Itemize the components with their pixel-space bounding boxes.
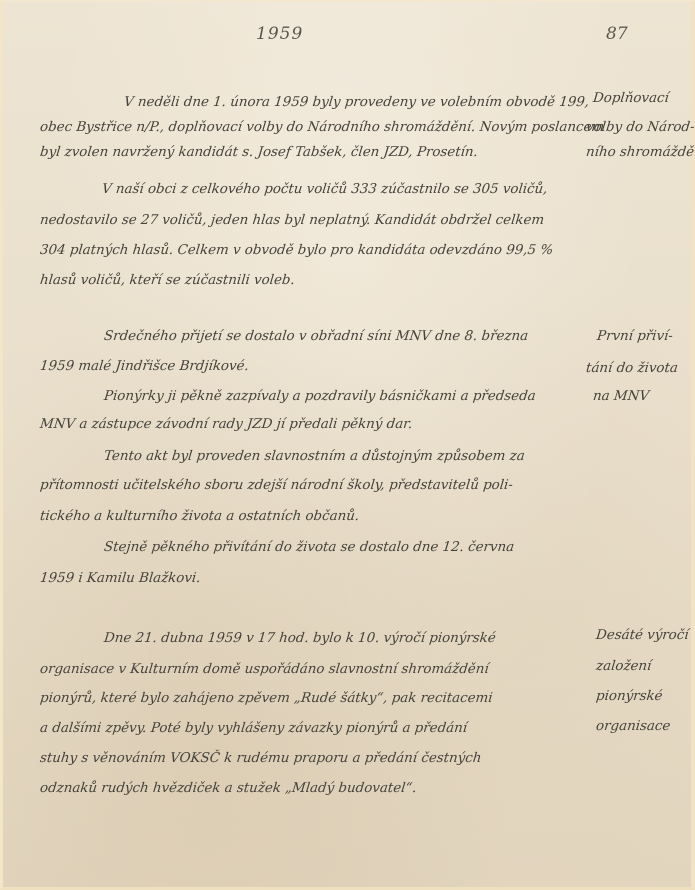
margin-note-line: na MNV (592, 388, 650, 406)
entry-line: 1959 i Kamilu Blažkovi. (39, 570, 201, 588)
entry-line: Dne 21. dubna 1959 v 17 hod. bylo k 10. … (103, 630, 497, 648)
entry-line: 304 platných hlasů. Celkem v obvodě bylo… (39, 242, 554, 260)
entry-line: tického a kulturního života a ostatních … (39, 508, 360, 526)
entry-line: Srdečného přijetí se dostalo v obřadní s… (103, 328, 529, 346)
entry-line: V naší obci z celkového počtu voličů 333… (101, 181, 548, 199)
margin-note-line: První přiví- (596, 328, 674, 346)
entry-line: přítomnosti učitelského sboru zdejší nár… (39, 477, 514, 495)
entry-line: nedostavilo se 27 voličů, jeden hlas byl… (39, 212, 545, 230)
entry-line: MNV a zástupce závodní rady JZD jí předa… (39, 416, 413, 434)
entry-line: Stejně pěkného přivítání do života se do… (103, 539, 515, 557)
page-header-year: 1959 (256, 24, 303, 44)
chronicle-page: 1959 87 V neděli dne 1. února 1959 byly … (0, 0, 695, 890)
entry-line: V neděli dne 1. února 1959 byly proveden… (123, 94, 590, 112)
margin-note-line: pionýrské (595, 688, 663, 706)
entry-line: 1959 malé Jindřišce Brdjíkové. (39, 358, 250, 376)
entry-line: Tento akt byl proveden slavnostním a důs… (103, 448, 526, 466)
entry-line: Pionýrky ji pěkně zazpívaly a pozdravily… (103, 388, 537, 406)
entry-line: organisace v Kulturním domě uspořádáno s… (39, 661, 489, 679)
entry-line: byl zvolen navržený kandidát s. Josef Ta… (39, 144, 479, 162)
margin-note-line: organisace (595, 718, 671, 736)
entry-line: a dalšími zpěvy. Poté byly vyhlášeny záv… (39, 720, 468, 738)
entry-line: pionýrů, které bylo zahájeno zpěvem „Rud… (39, 690, 493, 708)
entry-line: odznaků rudých hvězdiček a stužek „Mladý… (39, 780, 417, 798)
margin-note-line: založení (595, 658, 652, 676)
entry-line: stuhy s věnováním VOKSČ k rudému praporu… (39, 750, 482, 768)
margin-note-line: volby do Národ- (585, 119, 695, 137)
page-number: 87 (606, 24, 628, 44)
margin-note-line: tání do života (585, 360, 679, 378)
margin-note-line: ního shromáždění (585, 144, 695, 162)
entry-line: hlasů voličů, kteří se zúčastnili voleb. (39, 272, 296, 290)
margin-note-line: Doplňovací (592, 90, 670, 108)
margin-note-line: Desáté výročí (595, 627, 689, 645)
entry-line: obec Bystřice n/P., doplňovací volby do … (39, 119, 605, 137)
